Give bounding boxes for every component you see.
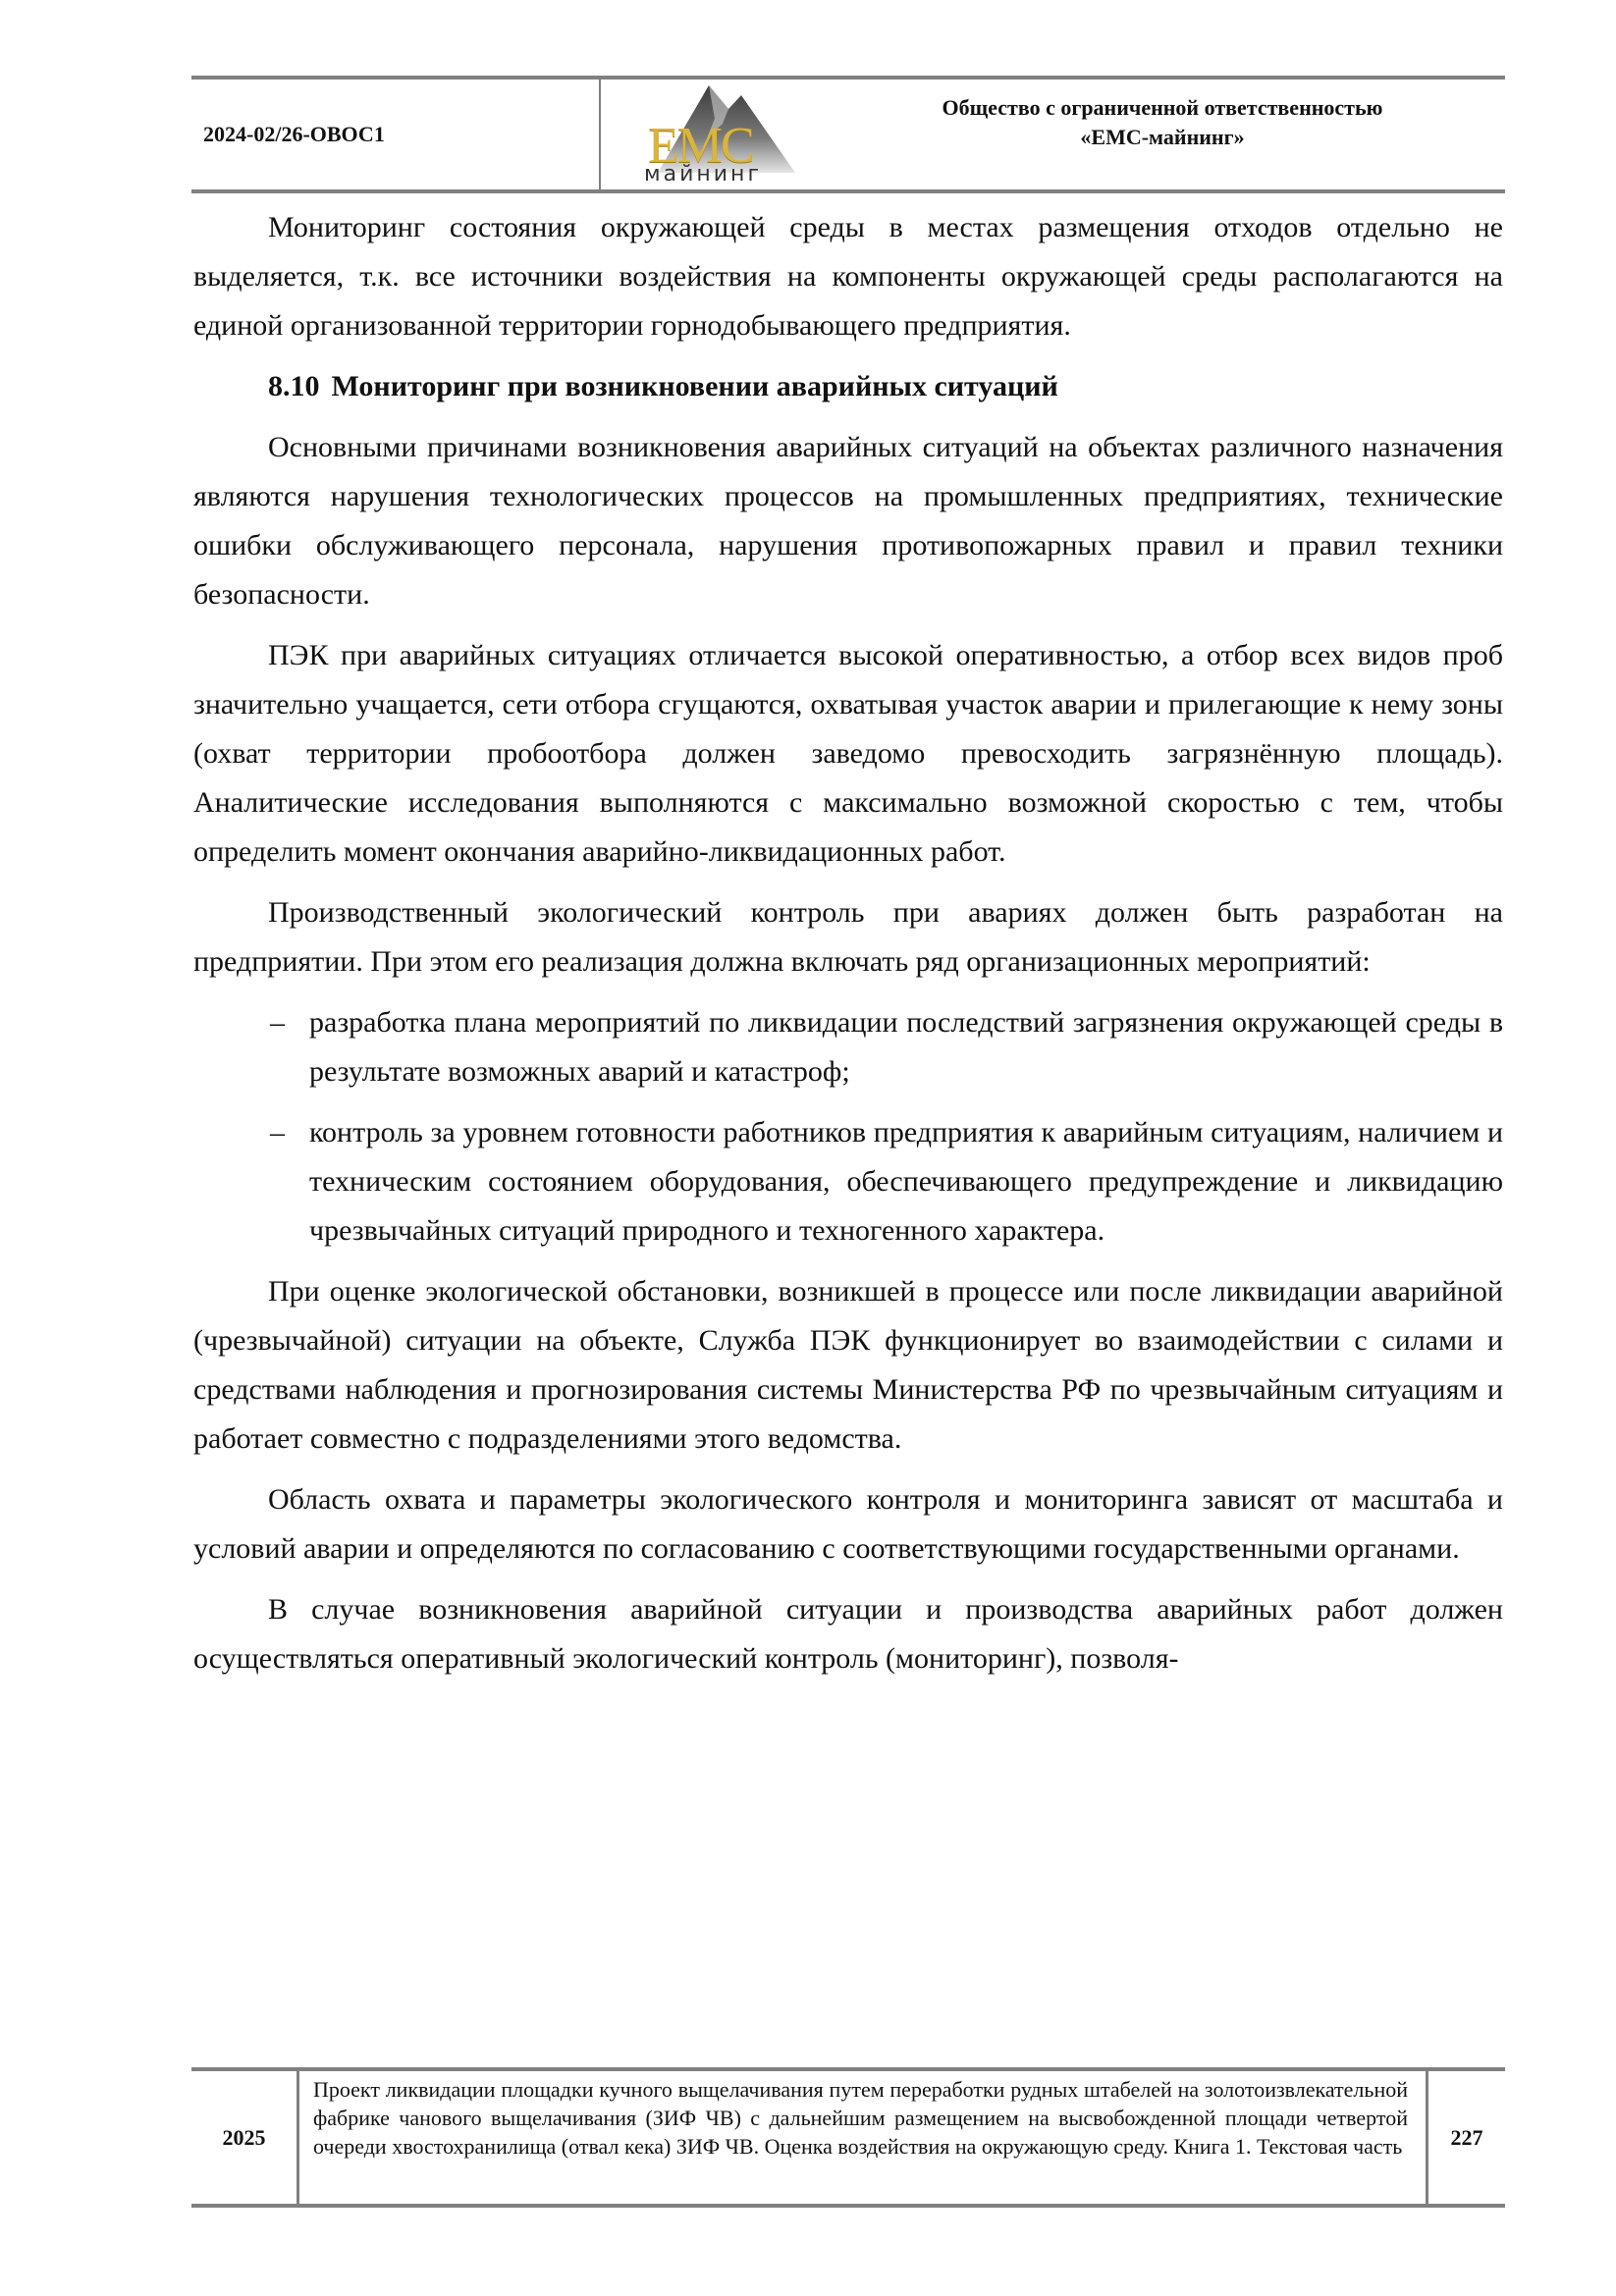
list-item-text: контроль за уровнем готовности работнико… (309, 1116, 1503, 1247)
company-name-line2: «ЕМС-майнинг» (820, 123, 1505, 152)
page-header: 2024-02/26-ОВОС1 EMC майнинг Общество с … (191, 76, 1505, 193)
section-number: 8.10 (268, 370, 320, 402)
section-title: Мониторинг при возникновении аварийных с… (332, 370, 1058, 402)
page-footer: 2025 Проект ликвидации площадки кучного … (191, 2067, 1505, 2208)
paragraph: ПЭК при аварийных ситуациях отличается в… (193, 631, 1503, 877)
page-body: Мониторинг состояния окружающей среды в … (193, 203, 1503, 1695)
company-logo: EMC майнинг (638, 80, 805, 189)
logo-subtitle: майнинг (644, 162, 762, 187)
dash-bullet-icon: – (270, 1108, 285, 1157)
list-item: – контроль за уровнем готовности работни… (193, 1108, 1503, 1255)
footer-year: 2025 (191, 2071, 299, 2204)
section-heading: 8.10Мониторинг при возникновении аварийн… (193, 362, 1503, 411)
list-item-text: разработка плана мероприятий по ликвидац… (309, 1006, 1503, 1088)
paragraph: При оценке экологической обстановки, воз… (193, 1267, 1503, 1464)
footer-description: Проект ликвидации площадки кучного выщел… (313, 2075, 1408, 2161)
paragraph: Основными причинами возникновения аварий… (193, 423, 1503, 619)
page-number: 227 (1426, 2071, 1505, 2204)
intro-paragraph: Мониторинг состояния окружающей среды в … (193, 203, 1503, 350)
company-name-line1: Общество с ограниченной ответственностью (820, 93, 1505, 123)
paragraph: Область охвата и параметры экологическог… (193, 1475, 1503, 1574)
list-item: – разработка плана мероприятий по ликвид… (193, 998, 1503, 1096)
paragraph: В случае возникновения аварийной ситуаци… (193, 1585, 1503, 1683)
header-code-cell: 2024-02/26-ОВОС1 (191, 80, 601, 189)
dash-bullet-icon: – (270, 998, 285, 1047)
paragraph: Производственный экологический контроль … (193, 888, 1503, 987)
document-code: 2024-02/26-ОВОС1 (191, 122, 385, 147)
company-name: Общество с ограниченной ответственностью… (820, 93, 1505, 152)
